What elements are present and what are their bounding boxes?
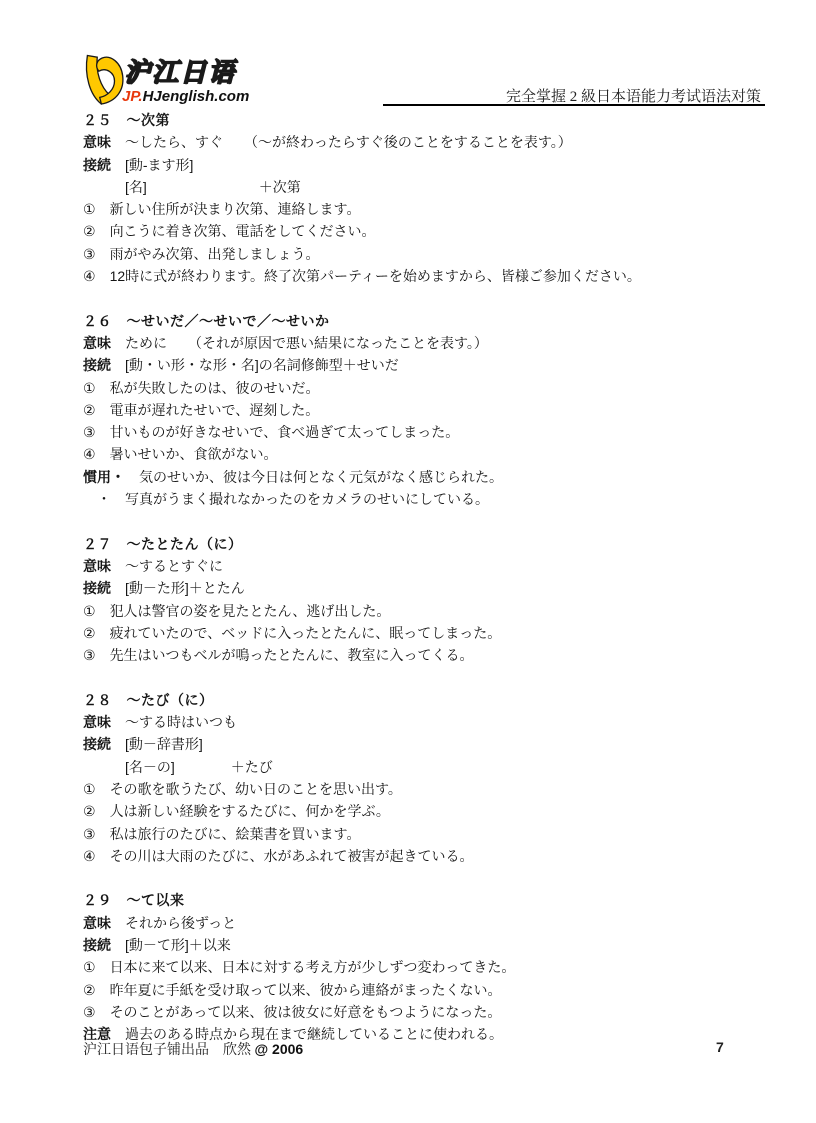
line-label: 接続 xyxy=(83,937,125,953)
grammar-line: 意味 ～したら、すぐ （～が終わったらすぐ後のことをすることを表す。） xyxy=(83,131,786,153)
line-label xyxy=(83,759,125,775)
line-label: ① xyxy=(83,201,110,217)
grammar-line: 接続 [動・い形・な形・名]の名詞修飾型＋せいだ xyxy=(83,354,786,376)
line-label: 接続 xyxy=(83,157,125,173)
line-text: [動－た形]＋とたん xyxy=(125,580,245,596)
line-text: 疲れていたので、ベッドに入ったとたんに、眠ってしまった。 xyxy=(110,625,502,641)
example-sentence: ③ 先生はいつもベルが鳴ったとたんに、教室に入ってくる。 xyxy=(83,644,786,666)
section-title: ２７ ～たとたん（に） xyxy=(83,533,786,555)
grammar-line: [名] ＋次第 xyxy=(83,176,786,198)
line-label: ２５ xyxy=(83,112,127,128)
line-label: 意味 xyxy=(83,915,125,931)
line-text: 人は新しい経験をするたびに、何かを学ぶ。 xyxy=(110,803,390,819)
line-label: ④ xyxy=(83,268,110,284)
grammar-section-28: ２８ ～たび（に）意味 ～する時はいつも接続 [動－辞書形] [名－の] ＋たび… xyxy=(83,689,786,867)
hujiang-logo: 沪江日语 JP.HJenglish.com xyxy=(80,44,320,116)
grammar-line: 慣用・ 気のせいか、彼は今日は何となく元気がなく感じられた。 xyxy=(83,466,786,488)
grammar-line: ・ 写真がうまく撮れなかったのをカメラのせいにしている。 xyxy=(83,488,786,510)
grammar-line: 接続 [動－た形]＋とたん xyxy=(83,577,786,599)
line-text: [名] ＋次第 xyxy=(125,179,301,195)
line-text: [動・い形・な形・名]の名詞修飾型＋せいだ xyxy=(125,357,399,373)
line-text: ～て以来 xyxy=(127,892,185,908)
example-sentence: ① 日本に来て以来、日本に対する考え方が少しずつ変わってきた。 xyxy=(83,956,786,978)
line-label: 意味 xyxy=(83,558,125,574)
line-text: [動－て形]＋以来 xyxy=(125,937,231,953)
grammar-line: 意味 ～する時はいつも xyxy=(83,711,786,733)
header-divider xyxy=(383,104,765,106)
section-title: ２９ ～て以来 xyxy=(83,889,786,911)
example-sentence: ② 人は新しい経験をするたびに、何かを学ぶ。 xyxy=(83,800,786,822)
line-text: 私が失敗したのは、彼のせいだ。 xyxy=(110,380,320,396)
line-text: 向こうに着き次第、電話をしてください。 xyxy=(110,223,376,239)
grammar-content: ２５ ～次第意味 ～したら、すぐ （～が終わったらすぐ後のことをすることを表す。… xyxy=(83,109,786,1068)
line-text: ～するとすぐに xyxy=(125,558,223,574)
example-sentence: ① 犯人は警官の姿を見たとたん、逃げ出した。 xyxy=(83,600,786,622)
line-label: ① xyxy=(83,959,110,975)
line-label: ２９ xyxy=(83,892,127,908)
section-title: ２８ ～たび（に） xyxy=(83,689,786,711)
line-label: 意味 xyxy=(83,134,125,150)
line-label: ③ xyxy=(83,647,110,663)
line-label: ② xyxy=(83,982,110,998)
footer-publisher: 沪江日语包子铺出品 欣然 xyxy=(83,1043,255,1058)
line-label: ② xyxy=(83,223,110,239)
line-text: 犯人は警官の姿を見たとたん、逃げ出した。 xyxy=(110,603,391,619)
example-sentence: ① その歌を歌うたび、幼い日のことを思い出す。 xyxy=(83,778,786,800)
example-sentence: ④ 12時に式が終わります。終了次第パーティーを始めますから、皆様ご参加ください… xyxy=(83,265,786,287)
grammar-line: 接続 [動－て形]＋以来 xyxy=(83,934,786,956)
line-label: ２７ xyxy=(83,536,127,552)
grammar-section-26: ２６ ～せいだ／～せいで／～せいか意味 ために （それが原因で悪い結果になったこ… xyxy=(83,310,786,511)
grammar-line: 意味 ～するとすぐに xyxy=(83,555,786,577)
example-sentence: ② 電車が遅れたせいで、遅刻した。 xyxy=(83,399,786,421)
line-text: 甘いものが好きなせいで、食べ過ぎて太ってしまった。 xyxy=(110,424,460,440)
line-text: 気のせいか、彼は今日は何となく元気がなく感じられた。 xyxy=(125,469,503,485)
line-label: ２６ xyxy=(83,313,127,329)
line-label: ③ xyxy=(83,246,110,262)
grammar-section-27: ２７ ～たとたん（に）意味 ～するとすぐに接続 [動－た形]＋とたん① 犯人は警… xyxy=(83,533,786,667)
document-page: 沪江日语 JP.HJenglish.com 完全掌握 2 級日本语能力考试语法对… xyxy=(0,0,816,1123)
footer-year: @ 2006 xyxy=(255,1041,304,1057)
grammar-line: [名－の] ＋たび xyxy=(83,756,786,778)
example-sentence: ① 新しい住所が決まり次第、連絡します。 xyxy=(83,198,786,220)
grammar-line: 接続 [動－辞書形] xyxy=(83,733,786,755)
line-label: ④ xyxy=(83,446,110,462)
section-title: ２６ ～せいだ／～せいで／～せいか xyxy=(83,310,786,332)
grammar-section-25: ２５ ～次第意味 ～したら、すぐ （～が終わったらすぐ後のことをすることを表す。… xyxy=(83,109,786,287)
line-text: 暑いせいか、食欲がない。 xyxy=(110,446,278,462)
line-text: それから後ずっと xyxy=(125,915,236,931)
line-label: ② xyxy=(83,625,110,641)
line-label xyxy=(83,179,125,195)
line-text: その歌を歌うたび、幼い日のことを思い出す。 xyxy=(110,781,402,797)
example-sentence: ④ その川は大雨のたびに、水があふれて被害が起きている。 xyxy=(83,845,786,867)
line-label: ２８ xyxy=(83,692,127,708)
line-label: ④ xyxy=(83,848,110,864)
line-text: [動-ます形] xyxy=(125,157,193,173)
line-label: 接続 xyxy=(83,736,125,752)
line-text: ～したら、すぐ （～が終わったらすぐ後のことをすることを表す。） xyxy=(125,134,572,150)
line-text: [名－の] ＋たび xyxy=(125,759,273,775)
example-sentence: ④ 暑いせいか、食欲がない。 xyxy=(83,443,786,465)
example-sentence: ② 疲れていたので、ベッドに入ったとたんに、眠ってしまった。 xyxy=(83,622,786,644)
line-text: ～たび（に） xyxy=(127,692,214,708)
line-label: 意味 xyxy=(83,714,125,730)
line-text: 雨がやみ次第、出発しましょう。 xyxy=(110,246,320,262)
line-label: ③ xyxy=(83,424,110,440)
line-label: ① xyxy=(83,380,110,396)
line-text: ～せいだ／～せいで／～せいか xyxy=(127,313,330,329)
line-label: ・ xyxy=(83,491,125,507)
line-text: 新しい住所が決まり次第、連絡します。 xyxy=(110,201,361,217)
line-text: ～する時はいつも xyxy=(125,714,237,730)
line-text: 電車が遅れたせいで、遅刻した。 xyxy=(110,402,320,418)
logo-jp-text: JP. xyxy=(122,88,143,105)
line-text: 私は旅行のたびに、絵葉書を買います。 xyxy=(110,826,361,842)
line-label: 意味 xyxy=(83,335,125,351)
page-footer: 沪江日语包子铺出品 欣然 @ 2006 7 xyxy=(83,1039,786,1061)
line-text: そのことがあって以来、彼は彼女に好意をもつようになった。 xyxy=(110,1004,502,1020)
line-label: ② xyxy=(83,402,110,418)
logo-swoosh-icon xyxy=(80,47,126,115)
line-label: ③ xyxy=(83,826,110,842)
grammar-line: 接続 [動-ます形] xyxy=(83,154,786,176)
line-text: ために （それが原因で悪い結果になったことを表す。） xyxy=(125,335,488,351)
section-title: ２５ ～次第 xyxy=(83,109,786,131)
example-sentence: ③ そのことがあって以来、彼は彼女に好意をもつようになった。 xyxy=(83,1001,786,1023)
example-sentence: ② 向こうに着き次第、電話をしてください。 xyxy=(83,220,786,242)
grammar-line: 意味 それから後ずっと xyxy=(83,912,786,934)
page-number: 7 xyxy=(716,1039,724,1055)
line-label: ② xyxy=(83,803,110,819)
example-sentence: ① 私が失敗したのは、彼のせいだ。 xyxy=(83,377,786,399)
grammar-section-29: ２９ ～て以来意味 それから後ずっと接続 [動－て形]＋以来① 日本に来て以来、… xyxy=(83,889,786,1045)
example-sentence: ③ 私は旅行のたびに、絵葉書を買います。 xyxy=(83,823,786,845)
logo-url-text: HJenglish.com xyxy=(143,88,250,105)
line-text: 12時に式が終わります。終了次第パーティーを始めますから、皆様ご参加ください。 xyxy=(110,268,641,284)
example-sentence: ② 昨年夏に手紙を受け取って以来、彼から連絡がまったくない。 xyxy=(83,979,786,1001)
example-sentence: ③ 甘いものが好きなせいで、食べ過ぎて太ってしまった。 xyxy=(83,421,786,443)
example-sentence: ③ 雨がやみ次第、出発しましょう。 xyxy=(83,243,786,265)
page-header-title: 完全掌握 2 級日本语能力考试语法对策 xyxy=(506,85,761,106)
logo-brand-text: 沪江日语 xyxy=(124,52,236,89)
line-text: [動－辞書形] xyxy=(125,736,203,752)
line-label: ① xyxy=(83,781,110,797)
line-text: ～次第 xyxy=(127,112,171,128)
line-text: その川は大雨のたびに、水があふれて被害が起きている。 xyxy=(110,848,474,864)
line-label: ③ xyxy=(83,1004,110,1020)
line-label: 慣用・ xyxy=(83,469,125,485)
line-text: ～たとたん（に） xyxy=(127,536,243,552)
grammar-line: 意味 ために （それが原因で悪い結果になったことを表す。） xyxy=(83,332,786,354)
line-text: 写真がうまく撮れなかったのをカメラのせいにしている。 xyxy=(125,491,489,507)
line-label: 接続 xyxy=(83,580,125,596)
line-text: 先生はいつもベルが鳴ったとたんに、教室に入ってくる。 xyxy=(110,647,474,663)
line-label: ① xyxy=(83,603,110,619)
line-text: 昨年夏に手紙を受け取って以来、彼から連絡がまったくない。 xyxy=(110,982,502,998)
line-text: 日本に来て以来、日本に対する考え方が少しずつ変わってきた。 xyxy=(110,959,516,975)
logo-domain-text: JP.HJenglish.com xyxy=(122,88,249,105)
line-label: 接続 xyxy=(83,357,125,373)
